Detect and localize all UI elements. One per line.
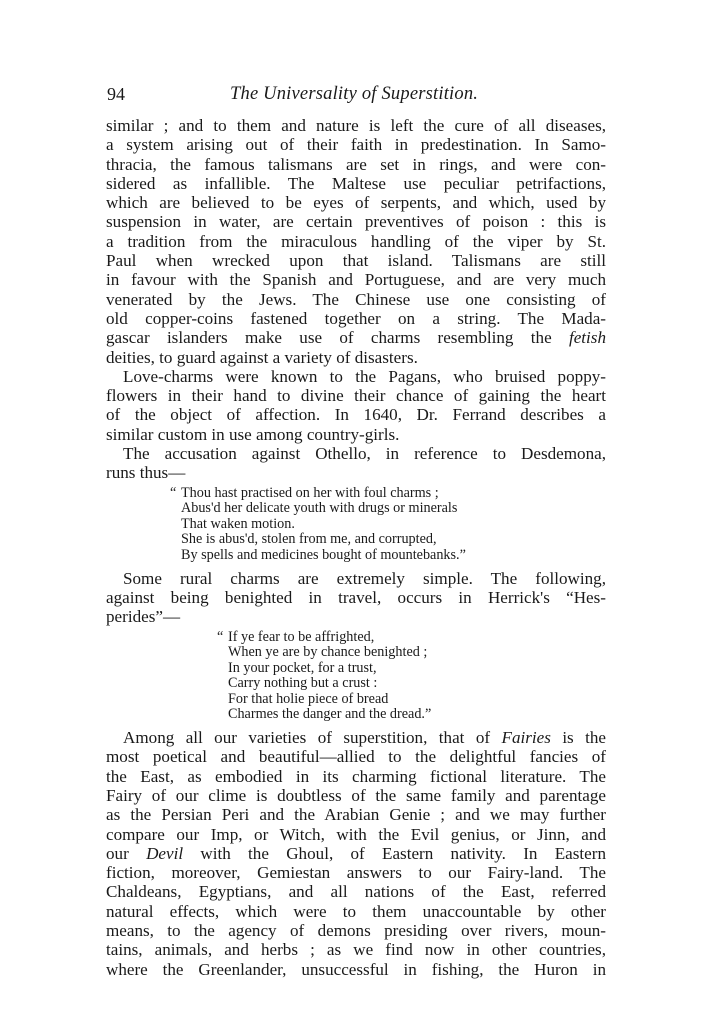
text-line: runs thus— [106, 463, 606, 482]
verse-quote-othello: “Thou hast practised on her with foul ch… [106, 486, 606, 564]
text-line: gascar islanders make use of charms rese… [106, 328, 606, 347]
text-line: as the Persian Peri and the Arabian Geni… [106, 805, 606, 824]
text-line: natural effects, which were to them unac… [106, 902, 606, 921]
text-line: similar custom in use among country-girl… [106, 425, 606, 444]
text-line: Fairy of our clime is doubtless of the s… [106, 786, 606, 805]
verse-line: “If ye fear to be affrighted, [106, 630, 606, 646]
text-line: the East, as embodied in its charming fi… [106, 767, 606, 786]
verse-line: “Thou hast practised on her with foul ch… [106, 486, 606, 502]
paragraph-love-charms: Love-charms were known to the Pagans, wh… [106, 367, 606, 444]
text-line: venerated by the Jews. The Chinese use o… [106, 290, 606, 309]
verse-line: Charmes the danger and the dread.” [106, 707, 606, 723]
text-line: perides”— [106, 607, 606, 626]
verse-line: By spells and medicines bought of mounte… [106, 548, 606, 564]
verse-line: For that holie piece of bread [106, 692, 606, 708]
text-line: suspension in water, are certain prevent… [106, 212, 606, 231]
text-line: a system arising out of their faith in p… [106, 135, 606, 154]
book-page: 94 The Universality of Superstition. sim… [0, 0, 708, 1035]
verse-text: If ye fear to be affrighted, [228, 629, 374, 645]
text-line: Among all our varieties of superstition,… [106, 728, 606, 747]
body-text: similar ; and to them and nature is left… [106, 116, 606, 979]
text-line: means, to the agency of demons presiding… [106, 921, 606, 940]
text-line: Paul when wrecked upon that island. Tali… [106, 251, 606, 270]
text-line: fiction, moreover, Gemiestan answers to … [106, 863, 606, 882]
verse-line: Carry nothing but a crust : [106, 676, 606, 692]
italic-word: Fairies [502, 728, 551, 747]
verse-line: Abus'd her delicate youth with drugs or … [106, 501, 606, 517]
text-span: is the [562, 728, 606, 747]
running-title: The Universality of Superstition. [230, 84, 478, 104]
text-span: gascar islanders make use of charms rese… [106, 328, 552, 347]
text-line: similar ; and to them and nature is left… [106, 116, 606, 135]
text-line: our Devil with the Ghoul, of Eastern nat… [106, 844, 606, 863]
text-line: where the Greenlander, unsuccessful in f… [106, 960, 606, 979]
text-line: The accusation against Othello, in refer… [106, 444, 606, 463]
text-line: Chaldeans, Egyptians, and all nations of… [106, 882, 606, 901]
verse-text: Thou hast practised on her with foul cha… [181, 485, 439, 501]
text-line: most poetical and beautiful—allied to th… [106, 747, 606, 766]
running-header: 94 The Universality of Superstition. [106, 84, 606, 106]
verse-quote-herrick: “If ye fear to be affrighted, When ye ar… [106, 630, 606, 724]
text-line: compare our Imp, or Witch, with the Evil… [106, 825, 606, 844]
text-line: of the object of affection. In 1640, Dr.… [106, 405, 606, 424]
verse-line: In your pocket, for a trust, [106, 661, 606, 677]
text-line: thracia, the famous talismans are set in… [106, 155, 606, 174]
text-line: Some rural charms are extremely simple. … [106, 569, 606, 588]
text-line: flowers in their hand to divine their ch… [106, 386, 606, 405]
verse-line: That waken motion. [106, 517, 606, 533]
paragraph-othello: The accusation against Othello, in refer… [106, 444, 606, 483]
paragraph-fairies: Among all our varieties of superstition,… [106, 728, 606, 979]
text-line: Love-charms were known to the Pagans, wh… [106, 367, 606, 386]
text-line: tains, animals, and herbs ; as we find n… [106, 940, 606, 959]
text-line: against being benighted in travel, occur… [106, 588, 606, 607]
page-number: 94 [107, 84, 125, 104]
verse-line: When ye are by chance benighted ; [106, 645, 606, 661]
open-quote: “ [170, 486, 176, 502]
italic-word: fetish [569, 328, 606, 347]
text-span: with the Ghoul, of Eastern nativity. In … [200, 844, 606, 863]
text-line: old copper-coins fastened together on a … [106, 309, 606, 328]
text-line: deities, to guard against a variety of d… [106, 348, 606, 367]
paragraph-talismans: similar ; and to them and nature is left… [106, 116, 606, 367]
text-span: our [106, 844, 129, 863]
text-line: sidered as infallible. The Maltese use p… [106, 174, 606, 193]
italic-word: Devil [146, 844, 183, 863]
text-span: Among all our varieties of superstition,… [123, 728, 490, 747]
text-line: a tradition from the miraculous handling… [106, 232, 606, 251]
text-line: in favour with the Spanish and Portugues… [106, 270, 606, 289]
open-quote: “ [217, 630, 223, 646]
verse-line: She is abus'd, stolen from me, and corru… [106, 532, 606, 548]
paragraph-rural-charms: Some rural charms are extremely simple. … [106, 569, 606, 627]
text-line: which are believed to be eyes of serpent… [106, 193, 606, 212]
